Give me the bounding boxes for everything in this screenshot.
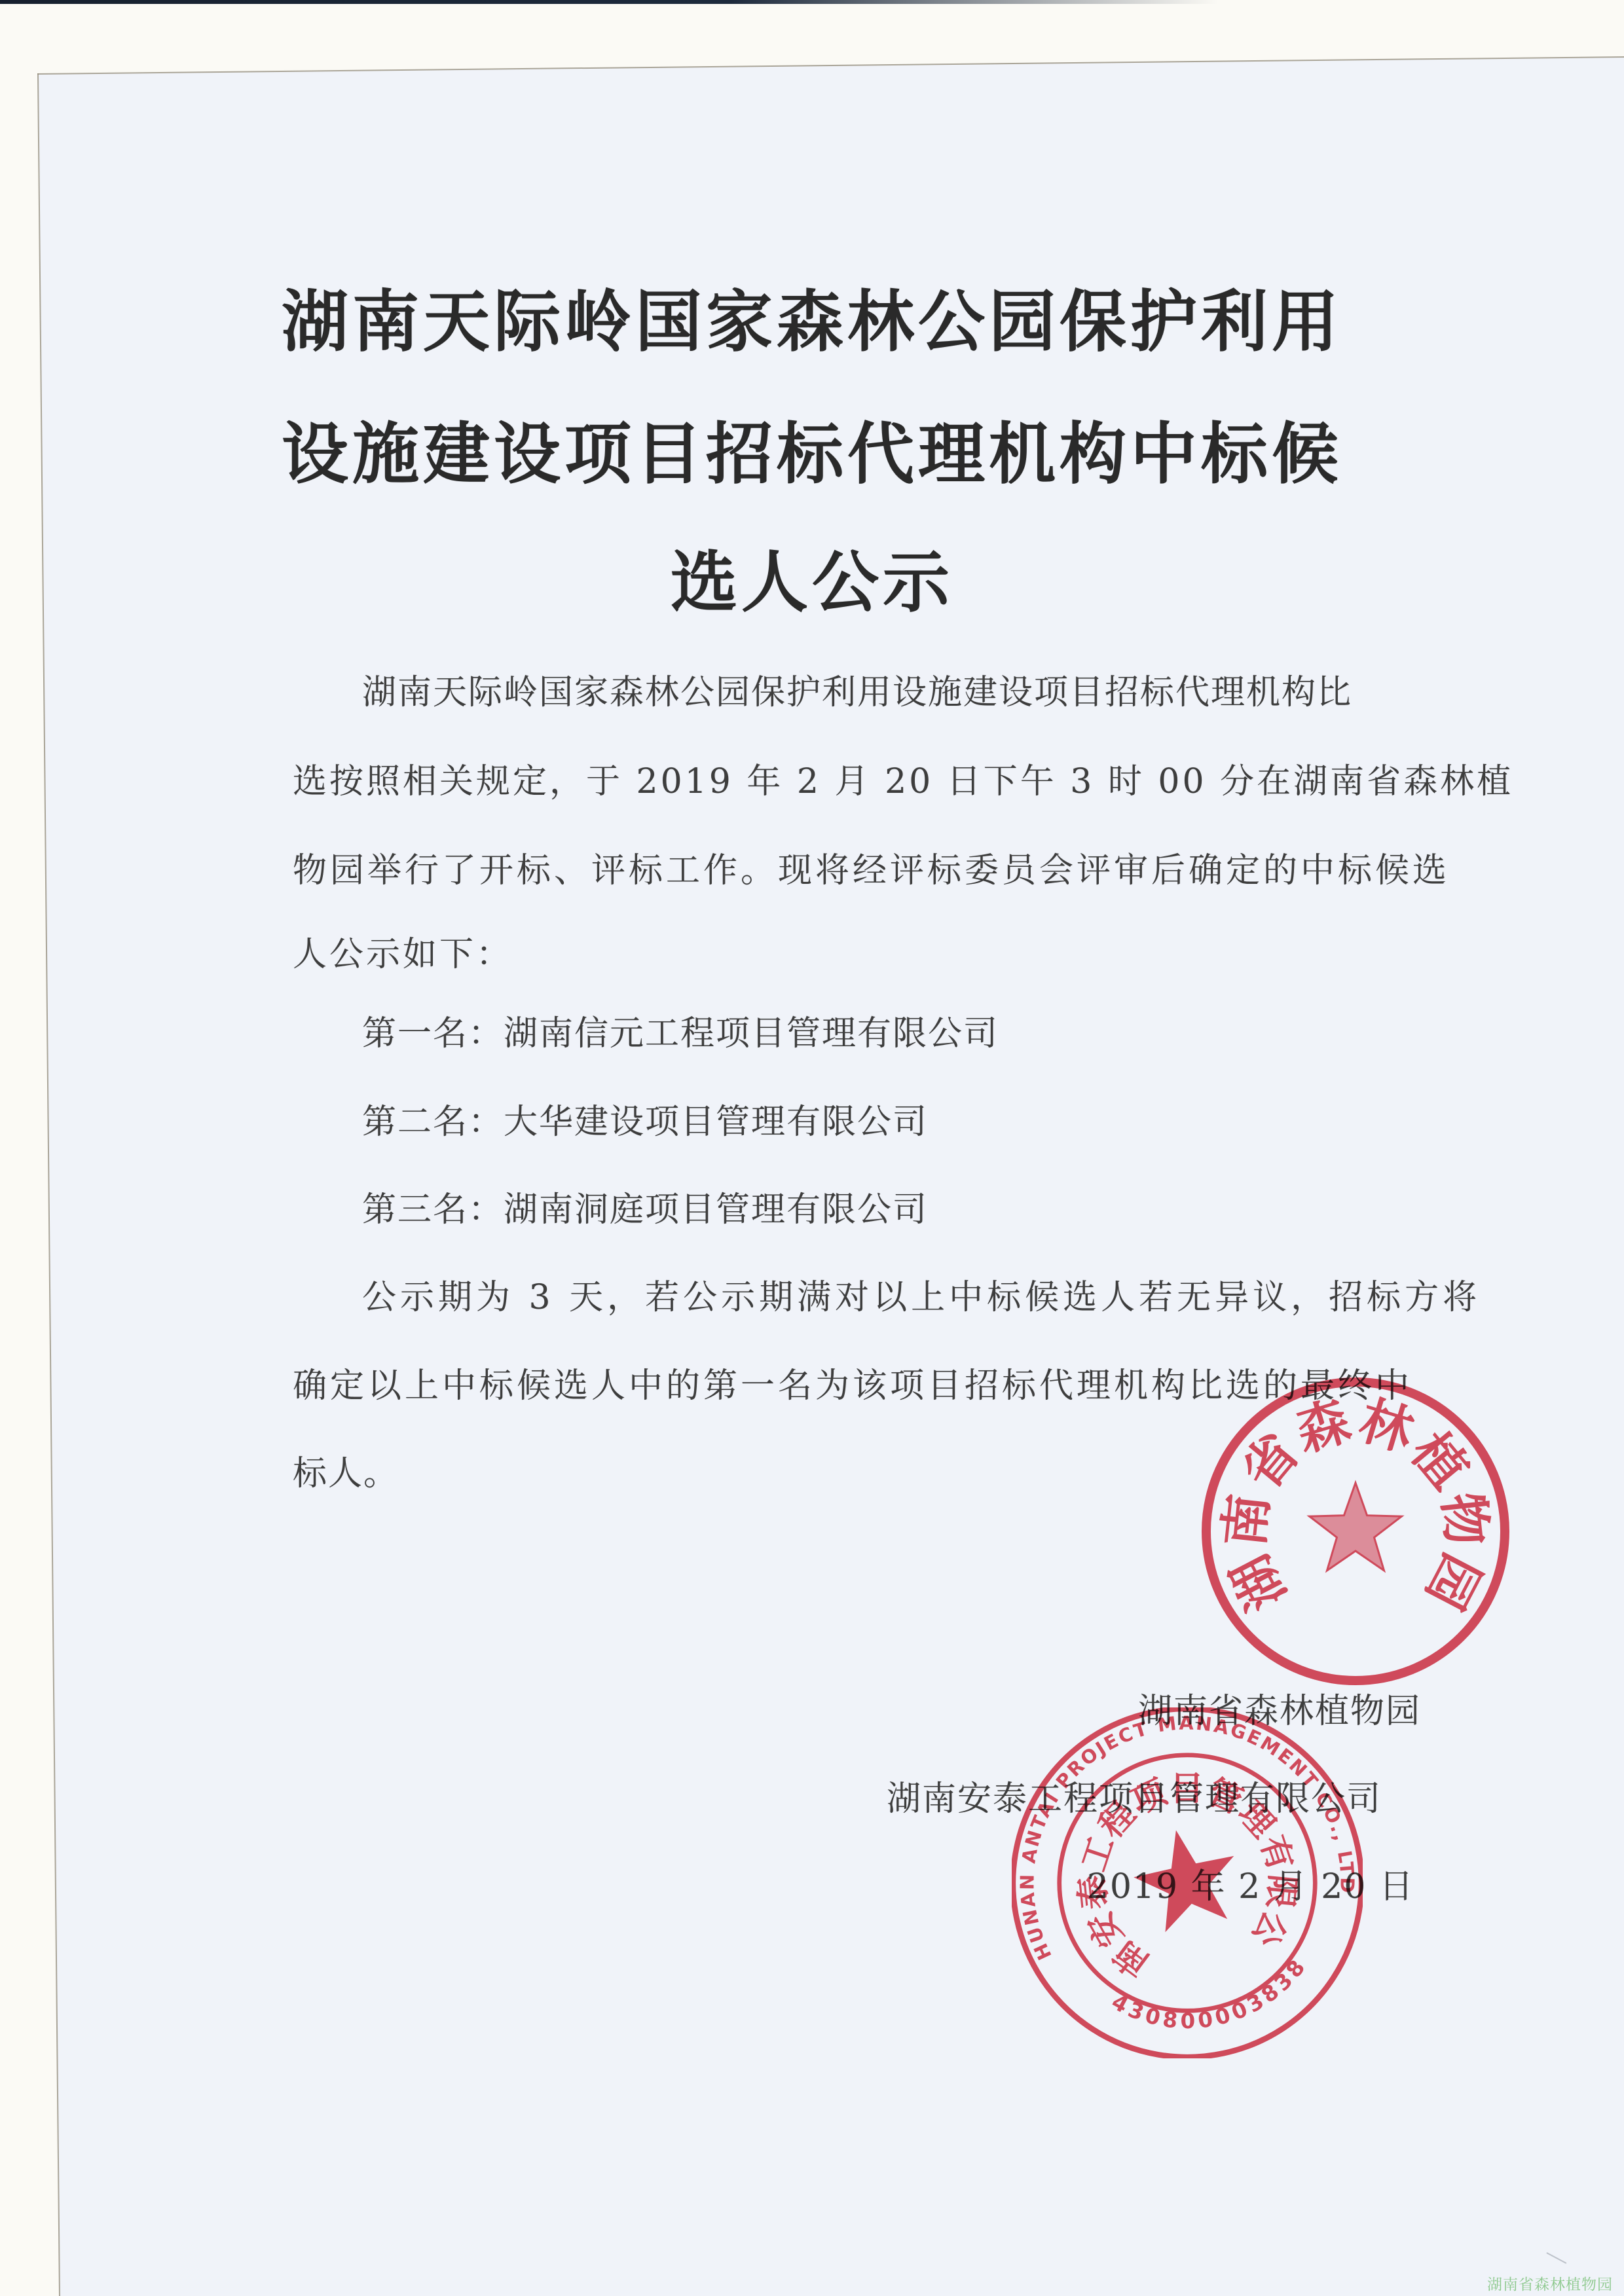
document-title-line-3: 选人公示 (0, 542, 1624, 625)
candidate-second: 第二名：大华建设项目管理有限公司 (362, 1102, 928, 1142)
paragraph2-line-3: 标人。 (293, 1454, 399, 1493)
corner-watermark-text: 湖南省森林植物园 (1487, 2272, 1613, 2294)
paragraph1-line-3: 物园举行了开标、评标工作。现将经评标委员会评审后确定的中标候选 (293, 851, 1450, 890)
forest-garden-seal: 湖南省森林植物园 (1192, 1368, 1519, 1695)
document-title-line-1: 湖南天际岭国家森林公园保护利用 (0, 282, 1624, 364)
scanned-page: 湖南天际岭国家森林公园保护利用 设施建设项目招标代理机构中标候 选人公示 湖南天… (0, 0, 1624, 2296)
seal-english-text: HUNAN ANTAI PROJECT MANAGEMENT CO., LTD (1012, 1707, 1363, 1965)
candidate-third: 第三名：湖南洞庭项目管理有限公司 (362, 1190, 928, 1230)
star-icon (1126, 1819, 1246, 1936)
document-title-line-2: 设施建设项目招标代理机构中标候 (0, 414, 1624, 496)
antai-company-seal: HUNAN ANTAI PROJECT MANAGEMENT CO., LTD … (1012, 1707, 1363, 2058)
paragraph2-line-1: 公示期为 3 天，若公示期满对以上中标候选人若无异议，招标方将 (362, 1278, 1481, 1317)
candidate-first: 第一名：湖南信元工程项目管理有限公司 (362, 1014, 999, 1053)
star-icon (1310, 1483, 1402, 1571)
svg-text:HUNAN ANTAI PROJECT MANAGEMENT: HUNAN ANTAI PROJECT MANAGEMENT CO., LTD (1012, 1707, 1363, 1965)
paragraph1-line-4: 人公示如下： (293, 935, 513, 974)
paragraph1-line-1: 湖南天际岭国家森林公园保护利用设施建设项目招标代理机构比 (362, 673, 1352, 712)
scanner-top-strip (0, 0, 1624, 4)
paragraph1-line-2: 选按照相关规定，于 2019 年 2 月 20 日下午 3 时 00 分在湖南省… (293, 762, 1513, 801)
